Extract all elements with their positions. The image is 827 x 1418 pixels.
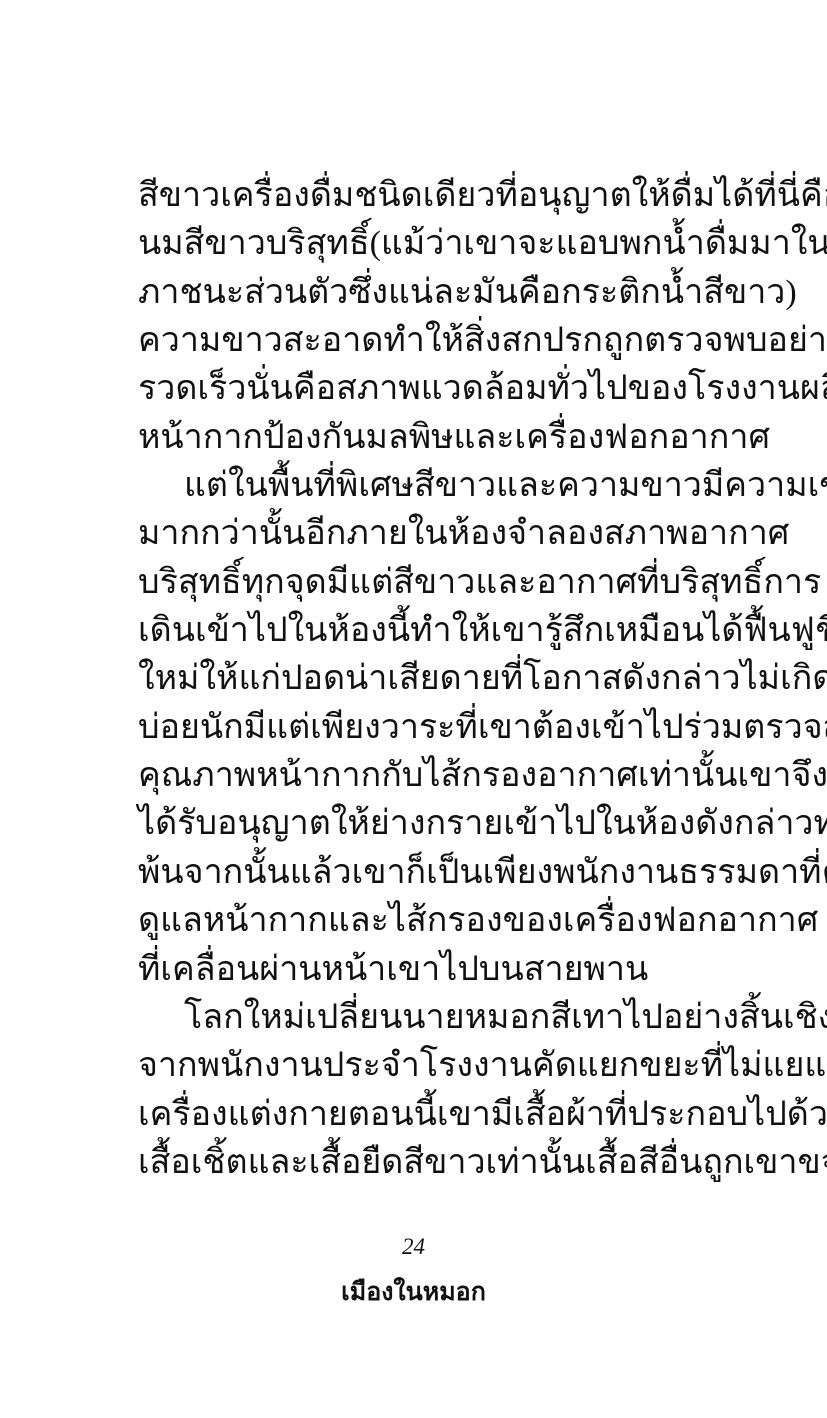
text-line: ความขาวสะอาดทำให้สิ่งสกปรกถูกตรวจพบอย่าง <box>138 317 691 365</box>
text-chunk: มันคือกระติกน้ำสีขาว) <box>472 269 796 317</box>
text-chunk: ตอนนี้เขามีเสื้อผ้าที่ประกอบไปด้วย <box>348 1091 827 1139</box>
text-chunk: เครื่องแต่งกาย <box>138 1091 348 1139</box>
text-chunk: จากพนักงานประจำโรงงานคัดแยกขยะที่ไม่แยแส <box>138 1042 827 1090</box>
text-line: บริสุทธิ์ทุกจุดมีแต่สีขาวและอากาศที่บริส… <box>138 559 691 607</box>
text-chunk: นมสีขาวบริสุทธิ์ <box>138 220 370 268</box>
text-chunk: ได้รับอนุญาตให้ย่างกรายเข้าไปในห้องดังกล… <box>138 800 814 848</box>
text-chunk: ความขาวสะอาดทำให้สิ่งสกปรกถูกตรวจพบอย่าง <box>138 317 827 365</box>
text-line: ใหม่ให้แก่ปอดน่าเสียดายที่โอกาสดังกล่าวไ… <box>138 655 691 703</box>
text-chunk: แต่ในพื้นที่พิเศษ <box>184 462 414 510</box>
text-chunk: ภาชนะส่วนตัว <box>138 269 348 317</box>
text-line: ภาชนะส่วนตัวซึ่งแน่ละมันคือกระติกน้ำสีขา… <box>138 269 691 317</box>
text-chunk: เครื่องดื่มชนิดเดียวที่อนุญาตให้ดื่มได้ท… <box>220 172 827 220</box>
text-chunk: คุณภาพหน้ากากกับไส้กรองอากาศเท่านั้น <box>138 752 737 800</box>
text-chunk: นั่นคือสภาพแวดล้อมทั่วไปของโรงงานผลิต <box>246 365 827 413</box>
text-chunk: การ <box>763 559 821 607</box>
text-line: หน้ากากป้องกันมลพิษและเครื่องฟอกอากาศ <box>138 414 691 462</box>
text-chunk: ที่เคลื่อนผ่านหน้าเขาไปบนสายพาน <box>138 946 648 994</box>
text-chunk: พ้นจากนั้นแล้วเขาก็เป็นเพียงพนักงานธรรมด… <box>138 849 827 897</box>
text-line: โลกใหม่เปลี่ยนนายหมอกสีเทาไปอย่างสิ้นเชิ… <box>138 994 691 1042</box>
running-title: เมืองในหมอก <box>0 1276 827 1310</box>
text-line: จากพนักงานประจำโรงงานคัดแยกขยะที่ไม่แยแส <box>138 1042 691 1090</box>
text-chunk: บริสุทธิ์ <box>138 559 242 607</box>
book-page: สีขาวเครื่องดื่มชนิดเดียวที่อนุญาตให้ดื่… <box>0 0 827 1418</box>
text-chunk: ใหม่ให้แก่ปอด <box>138 655 345 703</box>
text-chunk: ทุกจุดมีแต่สีขาวและอากาศที่บริสุทธิ์ <box>242 559 764 607</box>
text-line: สีขาวเครื่องดื่มชนิดเดียวที่อนุญาตให้ดื่… <box>138 172 691 220</box>
text-line: เครื่องแต่งกายตอนนี้เขามีเสื้อผ้าที่ประก… <box>138 1091 691 1139</box>
text-chunk: สีขาว <box>138 172 220 220</box>
text-line: แต่ในพื้นที่พิเศษสีขาวและความขาวมีความเข… <box>138 462 691 510</box>
text-line: ได้รับอนุญาตให้ย่างกรายเข้าไปในห้องดังกล… <box>138 800 691 848</box>
text-line: พ้นจากนั้นแล้วเขาก็เป็นเพียงพนักงานธรรมด… <box>138 849 691 897</box>
text-line: มากกว่านั้นอีกภายในห้องจำลองสภาพอากาศ <box>138 510 691 558</box>
text-chunk: ภายในห้องจำลองสภาพอากาศ <box>346 510 789 558</box>
text-chunk: ดูแลหน้ากากและไส้กรองของเครื่องฟอกอากาศ <box>138 897 818 945</box>
text-chunk: มีแต่เพียงวาระที่เขาต้องเข้าไปร่วมตรวจสอ… <box>244 704 827 752</box>
text-chunk: ทว่า <box>814 800 827 848</box>
text-chunk: มากกว่านั้นอีก <box>138 510 346 558</box>
text-chunk: บ่อยนัก <box>138 704 244 752</box>
text-chunk: เสื้อเชิ้ตและเสื้อยืดสีขาวเท่านั้น <box>138 1139 585 1187</box>
text-line: ที่เคลื่อนผ่านหน้าเขาไปบนสายพาน <box>138 946 691 994</box>
text-chunk: สีขาวและความขาวมีความเข้มข้น <box>414 462 827 510</box>
text-line: ดูแลหน้ากากและไส้กรองของเครื่องฟอกอากาศ <box>138 897 691 945</box>
text-line: คุณภาพหน้ากากกับไส้กรองอากาศเท่านั้นเขาจ… <box>138 752 691 800</box>
text-chunk: เสื้อสีอื่นถูกเขาขจัด <box>585 1139 827 1187</box>
text-line: นมสีขาวบริสุทธิ์(แม้ว่าเขาจะแอบพกน้ำดื่ม… <box>138 220 691 268</box>
text-line: บ่อยนักมีแต่เพียงวาระที่เขาต้องเข้าไปร่ว… <box>138 704 691 752</box>
text-chunk: เขาจึงจะ <box>737 752 827 800</box>
text-chunk: โลกใหม่เปลี่ยนนายหมอกสีเทาไปอย่างสิ้นเชิ… <box>184 994 827 1042</box>
text-chunk: ซึ่งแน่ละ <box>348 269 472 317</box>
text-line: เสื้อเชิ้ตและเสื้อยืดสีขาวเท่านั้นเสื้อส… <box>138 1139 691 1187</box>
page-number: 24 <box>0 1232 827 1262</box>
text-chunk: เดินเข้าไปในห้องนี้ทำให้เขารู้สึกเหมือนไ… <box>138 607 827 655</box>
text-chunk: รวดเร็ว <box>138 365 246 413</box>
text-chunk: น่าเสียดายที่โอกาสดังกล่าวไม่เกิดขึ้น <box>345 655 827 703</box>
text-line: รวดเร็วนั่นคือสภาพแวดล้อมทั่วไปของโรงงาน… <box>138 365 691 413</box>
text-chunk: หน้ากากป้องกันมลพิษและเครื่องฟอกอากาศ <box>138 414 770 462</box>
text-line: เดินเข้าไปในห้องนี้ทำให้เขารู้สึกเหมือนไ… <box>138 607 691 655</box>
text-chunk: (แม้ว่าเขาจะแอบพกน้ำดื่มมาใน <box>370 220 827 268</box>
text-block: สีขาวเครื่องดื่มชนิดเดียวที่อนุญาตให้ดื่… <box>138 172 691 1187</box>
